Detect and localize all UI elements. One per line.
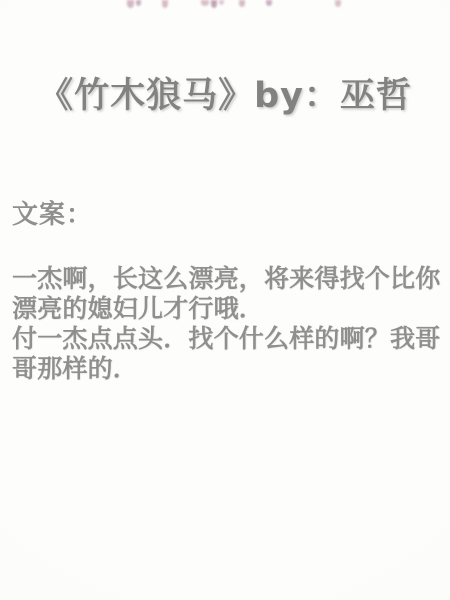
pink-mark bbox=[127, 0, 134, 8]
text-card: 《竹木狼马》by：巫哲 文案： 一杰啊，长这么漂亮，将来得找个比你漂亮的媳妇儿才… bbox=[0, 0, 450, 600]
pink-mark bbox=[201, 0, 209, 6]
book-title: 《竹木狼马》by：巫哲 bbox=[0, 68, 450, 118]
pink-mark bbox=[136, 0, 141, 6]
synopsis-text: 一杰啊，长这么漂亮，将来得找个比你漂亮的媳妇儿才行哦． 付一杰点点头．找个什么样… bbox=[12, 264, 450, 384]
pink-mark bbox=[239, 0, 245, 7]
pink-mark bbox=[266, 0, 272, 6]
pink-mark bbox=[335, 0, 341, 7]
synopsis-paragraph-1: 一杰啊，长这么漂亮，将来得找个比你漂亮的媳妇儿才行哦． bbox=[12, 264, 450, 324]
pink-mark bbox=[219, 0, 224, 5]
pink-mark bbox=[211, 0, 217, 8]
pink-mark bbox=[162, 0, 168, 8]
synopsis-paragraph-2: 付一杰点点头．找个什么样的啊？我哥哥那样的． bbox=[12, 324, 450, 384]
cropped-pink-text-marks bbox=[0, 0, 450, 10]
synopsis-label: 文案： bbox=[12, 200, 450, 230]
synopsis-block: 文案： 一杰啊，长这么漂亮，将来得找个比你漂亮的媳妇儿才行哦． 付一杰点点头．找… bbox=[12, 200, 450, 384]
